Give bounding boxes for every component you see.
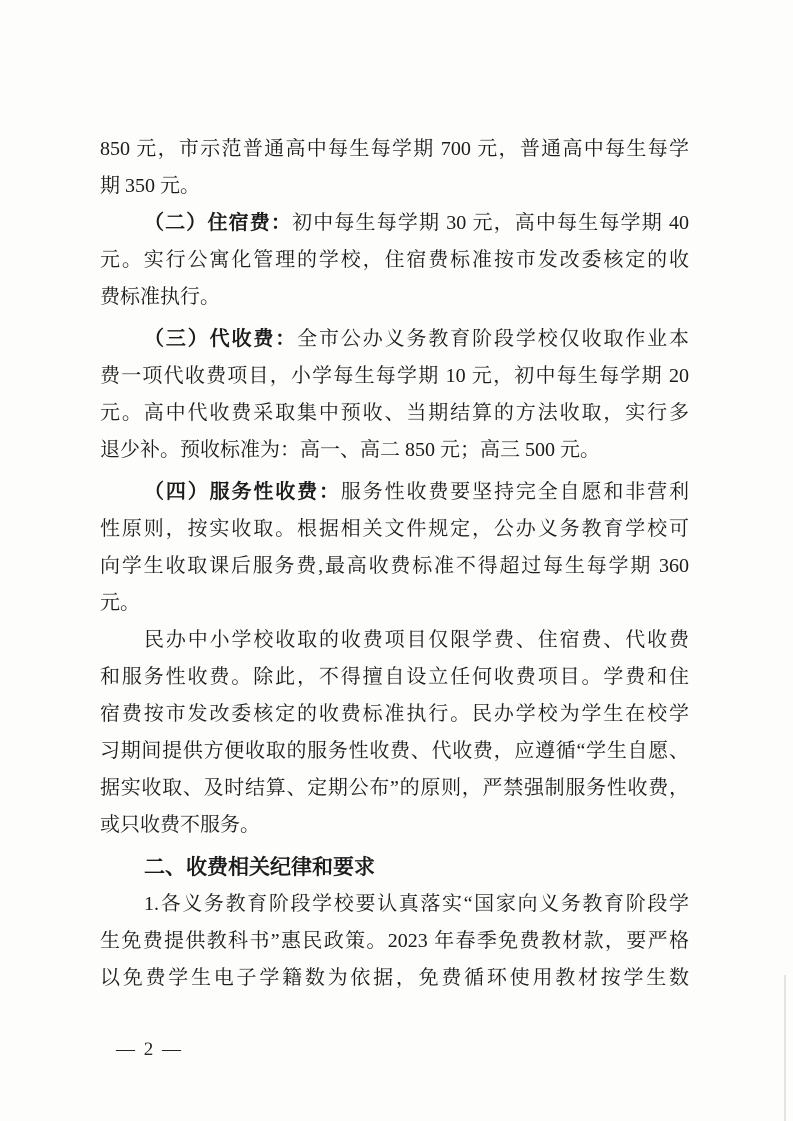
document-page: 850 元，市示范普通高中每生每学期 700 元，普通高中每生每学期 350 元… (0, 0, 793, 1121)
text-line: 宿费按市发改委核定的收费标准执行。民办学校为学生在校学 (100, 696, 689, 733)
scan-edge-shadow (784, 975, 786, 1121)
text-line: 退少补。预收标准为：高一、高二 850 元；高三 500 元。 (100, 432, 689, 469)
text-line: 费标准执行。 (100, 279, 689, 316)
text-line: 据实收取、及时结算、定期公布”的原则，严禁强制服务性收费， (100, 770, 689, 807)
text-line: 向学生收取课后服务费,最高收费标准不得超过每生每学期 360 (100, 548, 689, 585)
page-number: — 2 — (116, 1039, 183, 1060)
text-line: 性原则，按实收取。根据相关文件规定，公办义务教育学校可 (100, 511, 689, 548)
text-line: 以免费学生电子学籍数为依据，免费循环使用教材按学生数 (100, 960, 689, 997)
text-line: （三）代收费：全市公办义务教育阶段学校仅收取作业本 (100, 321, 689, 358)
text-line: 元。实行公寓化管理的学校，住宿费标准按市发改委核定的收 (100, 242, 689, 279)
document-content: 850 元，市示范普通高中每生每学期 700 元，普通高中每生每学期 350 元… (100, 131, 689, 997)
text-line: 期 350 元。 (100, 168, 689, 205)
text-line: 和服务性收费。除此，不得擅自设立任何收费项目。学费和住 (100, 659, 689, 696)
text-line: 费一项代收费项目，小学每生每学期 10 元，初中每生每学期 20 (100, 358, 689, 395)
text-line: 习期间提供方便收取的服务性收费、代收费，应遵循“学生自愿、 (100, 733, 689, 770)
text-line: （二）住宿费：初中每生每学期 30 元，高中每生每学期 40 (100, 205, 689, 242)
section-heading: 二、收费相关纪律和要求 (100, 849, 689, 886)
text-line: 生免费提供教科书”惠民政策。2023 年春季免费教材款，要严格 (100, 923, 689, 960)
text-line: 元。 (100, 585, 689, 622)
text-line: 民办中小学校收取的收费项目仅限学费、住宿费、代收费 (100, 622, 689, 659)
paragraph-label: （三）代收费： (144, 328, 297, 350)
page-footer: — 2 — (116, 1036, 183, 1064)
text-line: 1.各义务教育阶段学校要认真落实“国家向义务教育阶段学 (100, 886, 689, 923)
text-line: 或只收费不服务。 (100, 807, 689, 844)
paragraph-label: （二）住宿费： (144, 212, 292, 234)
text-line: 元。高中代收费采取集中预收、当期结算的方法收取，实行多 (100, 395, 689, 432)
paragraph-label: （四）服务性收费： (144, 481, 341, 503)
text-line: （四）服务性收费：服务性收费要坚持完全自愿和非营利 (100, 474, 689, 511)
text-line: 850 元，市示范普通高中每生每学期 700 元，普通高中每生每学 (100, 131, 689, 168)
